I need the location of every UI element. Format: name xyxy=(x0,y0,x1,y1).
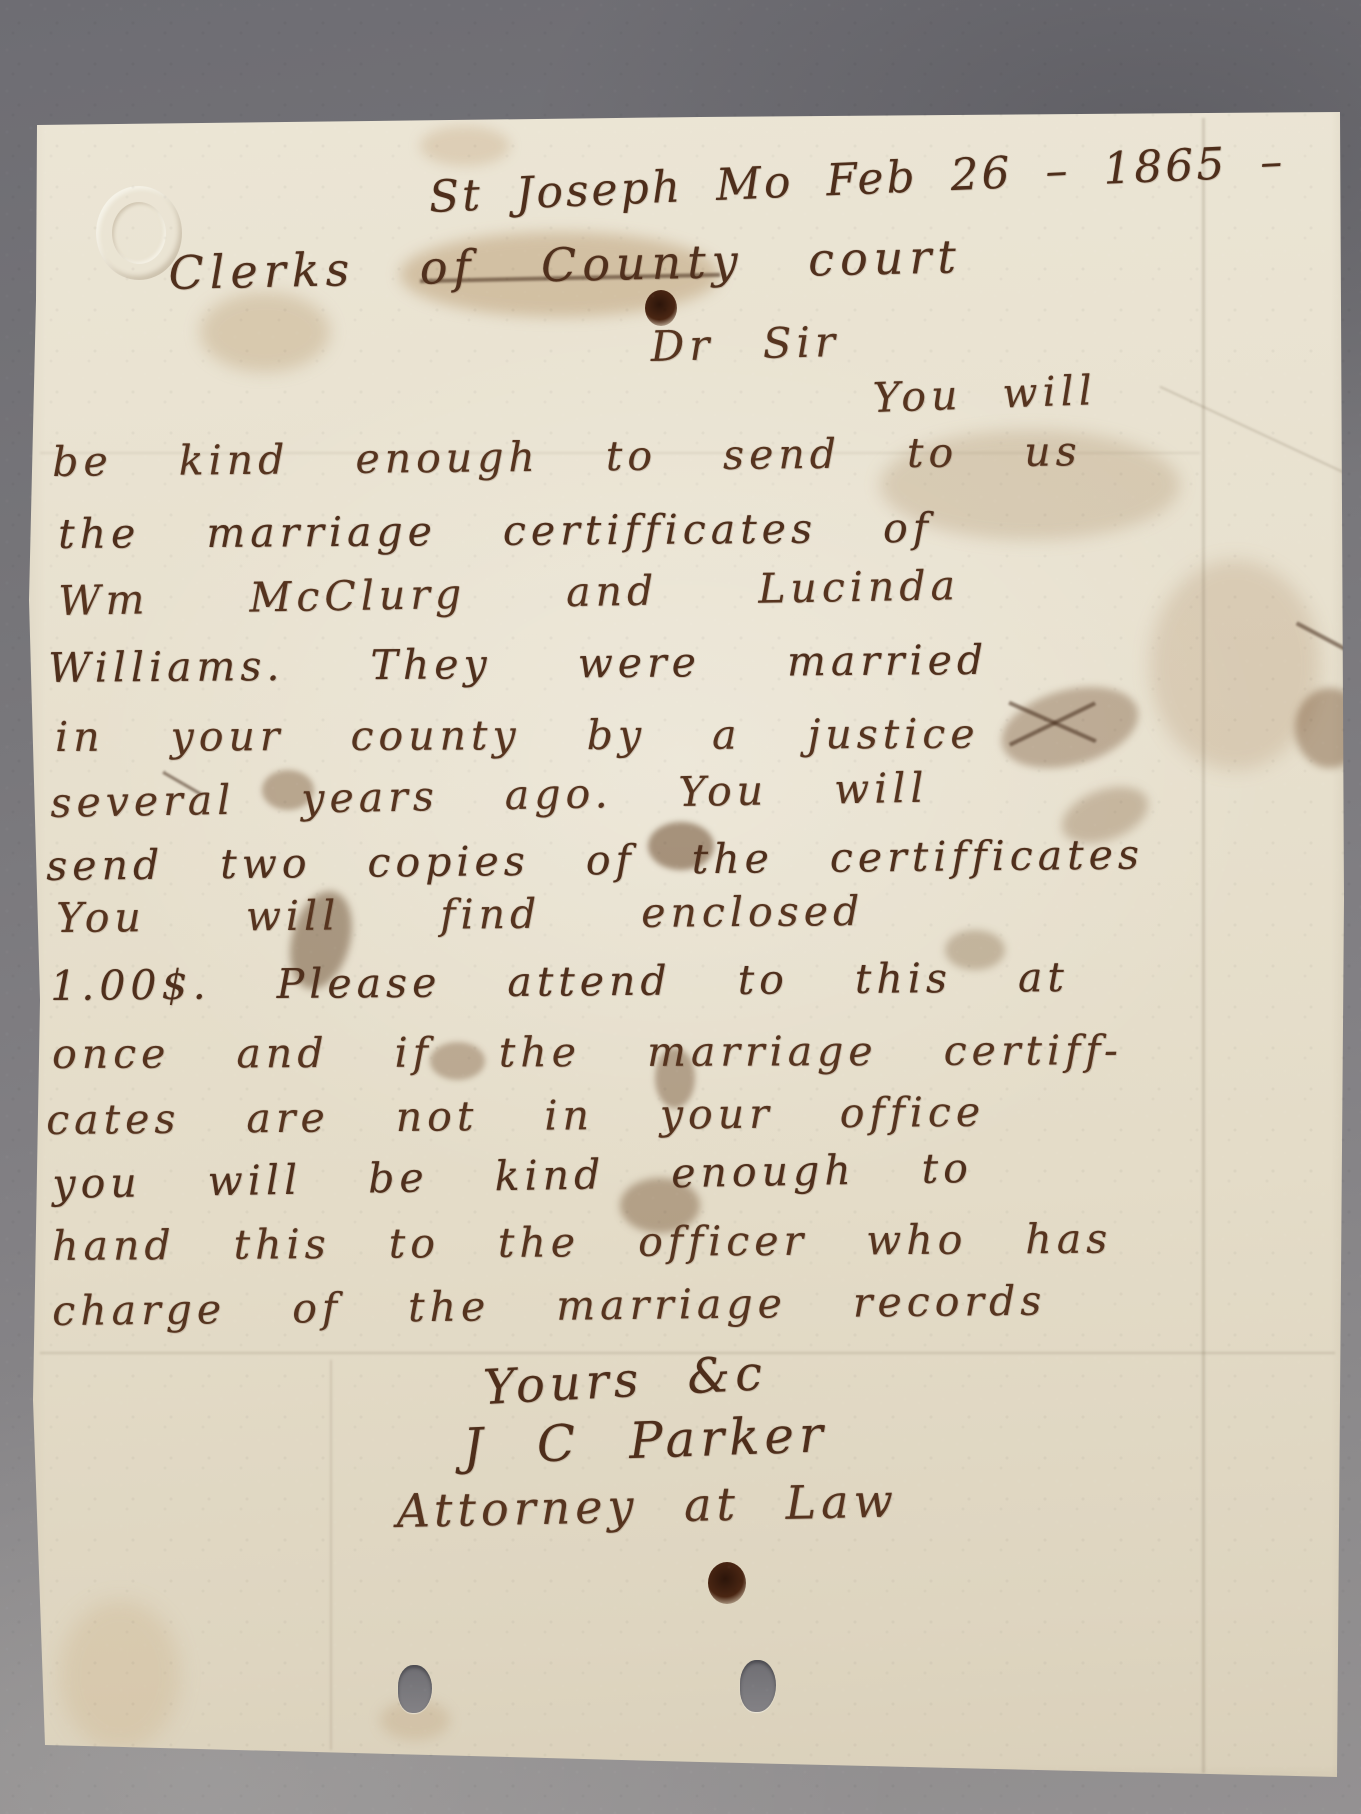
letter-paper: St Joseph Mo Feb 26 – 1865 – Clerks of C… xyxy=(0,0,1361,1814)
punch-hole xyxy=(740,1660,776,1712)
body-line: You will find enclosed xyxy=(56,887,864,942)
addressee-line: Clerks of County court xyxy=(168,229,962,300)
body-line: Williams. They were married xyxy=(48,636,988,692)
pen-scratch xyxy=(1296,621,1361,662)
fold-crease xyxy=(330,1360,332,1750)
body-line: Wm McClurg and Lucinda xyxy=(58,561,960,625)
stain xyxy=(1150,560,1320,770)
body-line: once and if the marriage certiff- xyxy=(52,1026,1123,1078)
body-line: you will be kind enough to xyxy=(52,1144,973,1208)
body-line: send two copies of the certifficates xyxy=(46,831,1144,890)
fold-crease xyxy=(1159,386,1350,477)
body-line: be kind enough to send to us xyxy=(52,427,1082,486)
body-line: cates are not in your office xyxy=(46,1088,985,1144)
dateline: St Joseph Mo Feb 26 – 1865 – xyxy=(428,136,1286,223)
salutation: Dr Sir xyxy=(650,317,841,371)
stain xyxy=(1295,688,1361,768)
body-line: several years ago. You will xyxy=(50,764,929,827)
closing: Yours &c xyxy=(482,1345,768,1416)
ink-blot xyxy=(708,1562,746,1604)
punch-hole xyxy=(398,1665,432,1713)
stain xyxy=(200,292,330,372)
body-line: You will xyxy=(872,366,1098,422)
stain xyxy=(993,673,1148,782)
stain xyxy=(420,126,510,166)
body-line: the marriage certifficates of xyxy=(58,504,933,558)
photo-background: St Joseph Mo Feb 26 – 1865 – Clerks of C… xyxy=(0,0,1361,1814)
body-line: hand this to the officer who has xyxy=(52,1215,1112,1270)
stain xyxy=(60,1600,180,1750)
signature-title: Attorney at Law xyxy=(396,1473,898,1537)
pen-scratch xyxy=(1009,701,1096,746)
body-line: in your county by a justice xyxy=(55,710,980,761)
signature: J C Parker xyxy=(462,1405,829,1476)
pen-scratch xyxy=(1008,701,1096,743)
fold-crease xyxy=(1202,118,1205,1773)
body-line: charge of the marriage records xyxy=(52,1277,1046,1335)
body-line: 1.00$. Please attend to this at xyxy=(50,953,1069,1010)
